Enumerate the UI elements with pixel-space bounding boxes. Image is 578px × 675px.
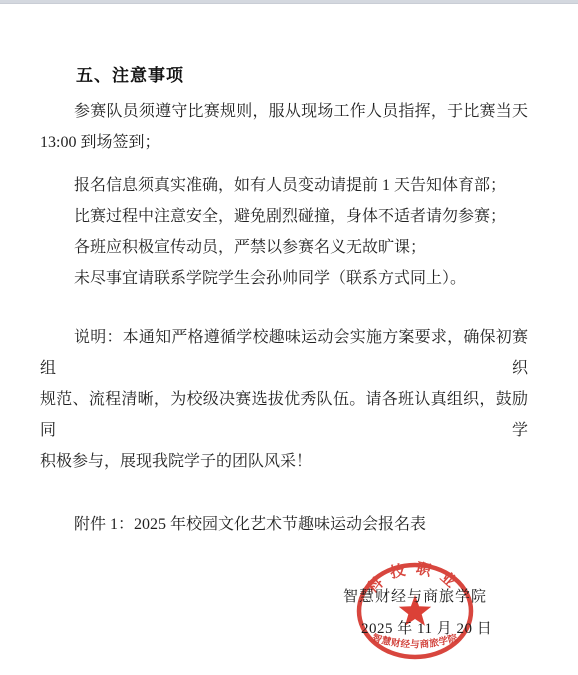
star-icon [399, 595, 431, 626]
text-line: 报名信息须真实准确，如有人员变动请提前 1 天告知体育部； [40, 170, 528, 201]
text-line: 比赛过程中注意安全，避免剧烈碰撞，身体不适者请勿参赛； [40, 201, 528, 232]
notice-document: 五、注意事项 参赛队员须遵守比赛规则，服从现场工作人员指挥，于比赛当天13:00… [40, 66, 528, 540]
signing-date: 2025 年 11 月 20 日 [361, 619, 492, 639]
text-line: 说明：本通知严格遵循学校趣味运动会实施方案要求，确保初赛组织 [40, 322, 528, 384]
text-line: 规范、流程清晰，为校级决赛选拔优秀队伍。请各班认真组织，鼓励同学 [40, 384, 528, 446]
text-line: 参赛队员须遵守比赛规则，服从现场工作人员指挥，于比赛当天 [40, 96, 528, 127]
text-line: 积极参与，展现我院学子的团队风采！ [40, 446, 528, 477]
seal-graphics: 科技职业 智慧财经与商旅学院 [359, 560, 471, 657]
text-line: 13:00 到场签到； [40, 127, 528, 158]
text-line: 未尽事宜请联系学院学生会孙帅同学（联系方式同上）。 [40, 263, 528, 294]
section-title: 五、注意事项 [76, 66, 528, 86]
text-line: 各班应积极宣传动员，严禁以参赛名义无故旷课； [40, 232, 528, 263]
text-line: 附件 1：2025 年校园文化艺术节趣味运动会报名表 [40, 509, 528, 540]
document-page: 五、注意事项 参赛队员须遵守比赛规则，服从现场工作人员指挥，于比赛当天13:00… [0, 0, 578, 675]
window-top-edge [0, 0, 578, 4]
document-body: 参赛队员须遵守比赛规则，服从现场工作人员指挥，于比赛当天13:00 到场签到；报… [40, 96, 528, 540]
seal-banner-text: 智慧财经与商旅学院 [371, 632, 460, 651]
seal-ring [359, 565, 471, 657]
seal-arc-text: 科技职业 [363, 560, 466, 598]
official-seal: 科技职业 智慧财经与商旅学院 [348, 556, 482, 675]
signing-unit: 智慧财经与商旅学院 [343, 587, 487, 607]
